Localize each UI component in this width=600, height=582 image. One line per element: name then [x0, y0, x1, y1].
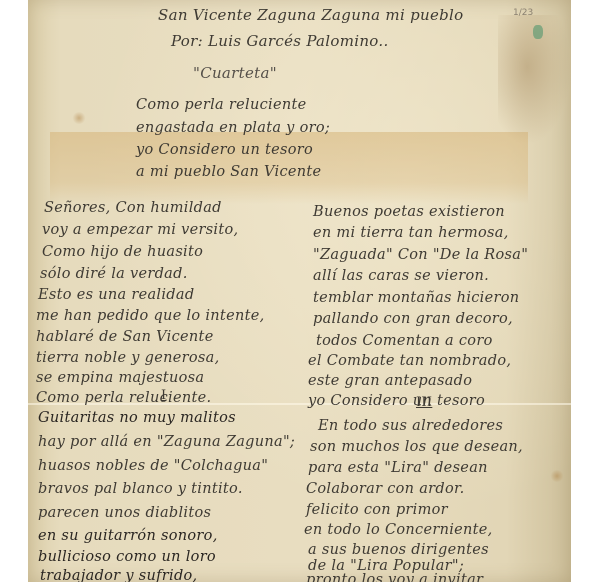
stanza-2-line: Buenos poetas existieron [313, 204, 505, 220]
stanza-1-line: Como perla reluciente. [36, 390, 211, 406]
stanza-4-line: en todo lo Concerniente, [304, 522, 493, 538]
stanza-1-line: me han pedido que lo intente, [36, 308, 265, 324]
stanza-3-line: bravos pal blanco y tintito. [38, 481, 243, 497]
stanza-4-line: para esta "Lira" desean [308, 460, 488, 476]
cuarteta-line: Como perla reluciente [136, 97, 306, 113]
ink-spot [533, 25, 543, 39]
cuarteta-label: "Cuarteta" [193, 64, 277, 82]
stanza-1-line: tierra noble y generosa, [36, 350, 219, 366]
stanza-3-line: hay por allá en "Zaguna Zaguna"; [38, 434, 295, 450]
stanza-1-line: sólo diré la verdad. [40, 266, 188, 282]
stanza-2-line: "Zaguada" Con "De la Rosa" [313, 247, 528, 263]
stanza-3-line: huasos nobles de "Colchagua" [38, 458, 268, 474]
archive-mark: 1/23 [513, 8, 533, 18]
stanza-4-line: pronto los voy a invitar [306, 572, 483, 582]
stanza-2-line: el Combate tan nombrado, [308, 353, 511, 369]
stanza-3-line: parecen unos diablitos [38, 505, 211, 521]
stanza-1-line: voy a empezar mi versito, [42, 222, 238, 238]
stanza-numeral-I: I [161, 388, 166, 403]
stanza-3-line: Guitaritas no muy malitos [38, 410, 236, 426]
stanza-4-line: a sus buenos dirigentes [308, 542, 489, 558]
stanza-2-line: en mi tierra tan hermosa, [313, 225, 509, 241]
stanza-1-line: hablaré de San Vicente [36, 329, 214, 345]
stanza-1-line: Como hijo de huasito [42, 244, 203, 260]
cuarteta-line: yo Considero un tesoro [136, 142, 313, 158]
stanza-1-line: Señores, Con humildad [44, 200, 222, 216]
stanza-2-line: yo Considero un tesoro [308, 393, 485, 409]
poem-title: San Vicente Zaguna Zaguna mi pueblo [158, 6, 463, 24]
author-line: Por: Luis Garcés Palomino.. [171, 32, 389, 50]
stanza-4-line: felicito con primor [306, 502, 448, 518]
stanza-2-line: allí las caras se vieron. [313, 268, 489, 284]
stanza-2-line: temblar montañas hicieron [313, 290, 519, 306]
stanza-numeral-III: III [416, 395, 432, 410]
stanza-2-line: pallando con gran decoro, [313, 311, 513, 327]
cuarteta-line: a mi pueblo San Vicente [136, 164, 321, 180]
manuscript-page: 1/23 San Vicente Zaguna Zaguna mi pueblo… [28, 0, 571, 582]
foxing-spot [72, 112, 86, 124]
stanza-3-line: en su guitarrón sonoro, [38, 528, 218, 544]
stanza-3-line: trabajador y sufrido, [40, 568, 197, 582]
stanza-2-line: este gran antepasado [308, 373, 472, 389]
stanza-2-line: todos Comentan a coro [316, 333, 493, 349]
stanza-4-line: Colaborar con ardor. [306, 481, 465, 497]
stanza-4-line: son muchos los que desean, [310, 439, 523, 455]
stanza-3-line: bullicioso como un loro [38, 549, 216, 565]
stanza-4-line: En todo sus alrededores [318, 418, 503, 434]
stanza-1-line: Esto es una realidad [38, 287, 194, 303]
stanza-1-line: se empina majestuosa [36, 370, 204, 386]
cuarteta-line: engastada en plata y oro; [136, 120, 330, 136]
foxing-spot [550, 470, 564, 482]
